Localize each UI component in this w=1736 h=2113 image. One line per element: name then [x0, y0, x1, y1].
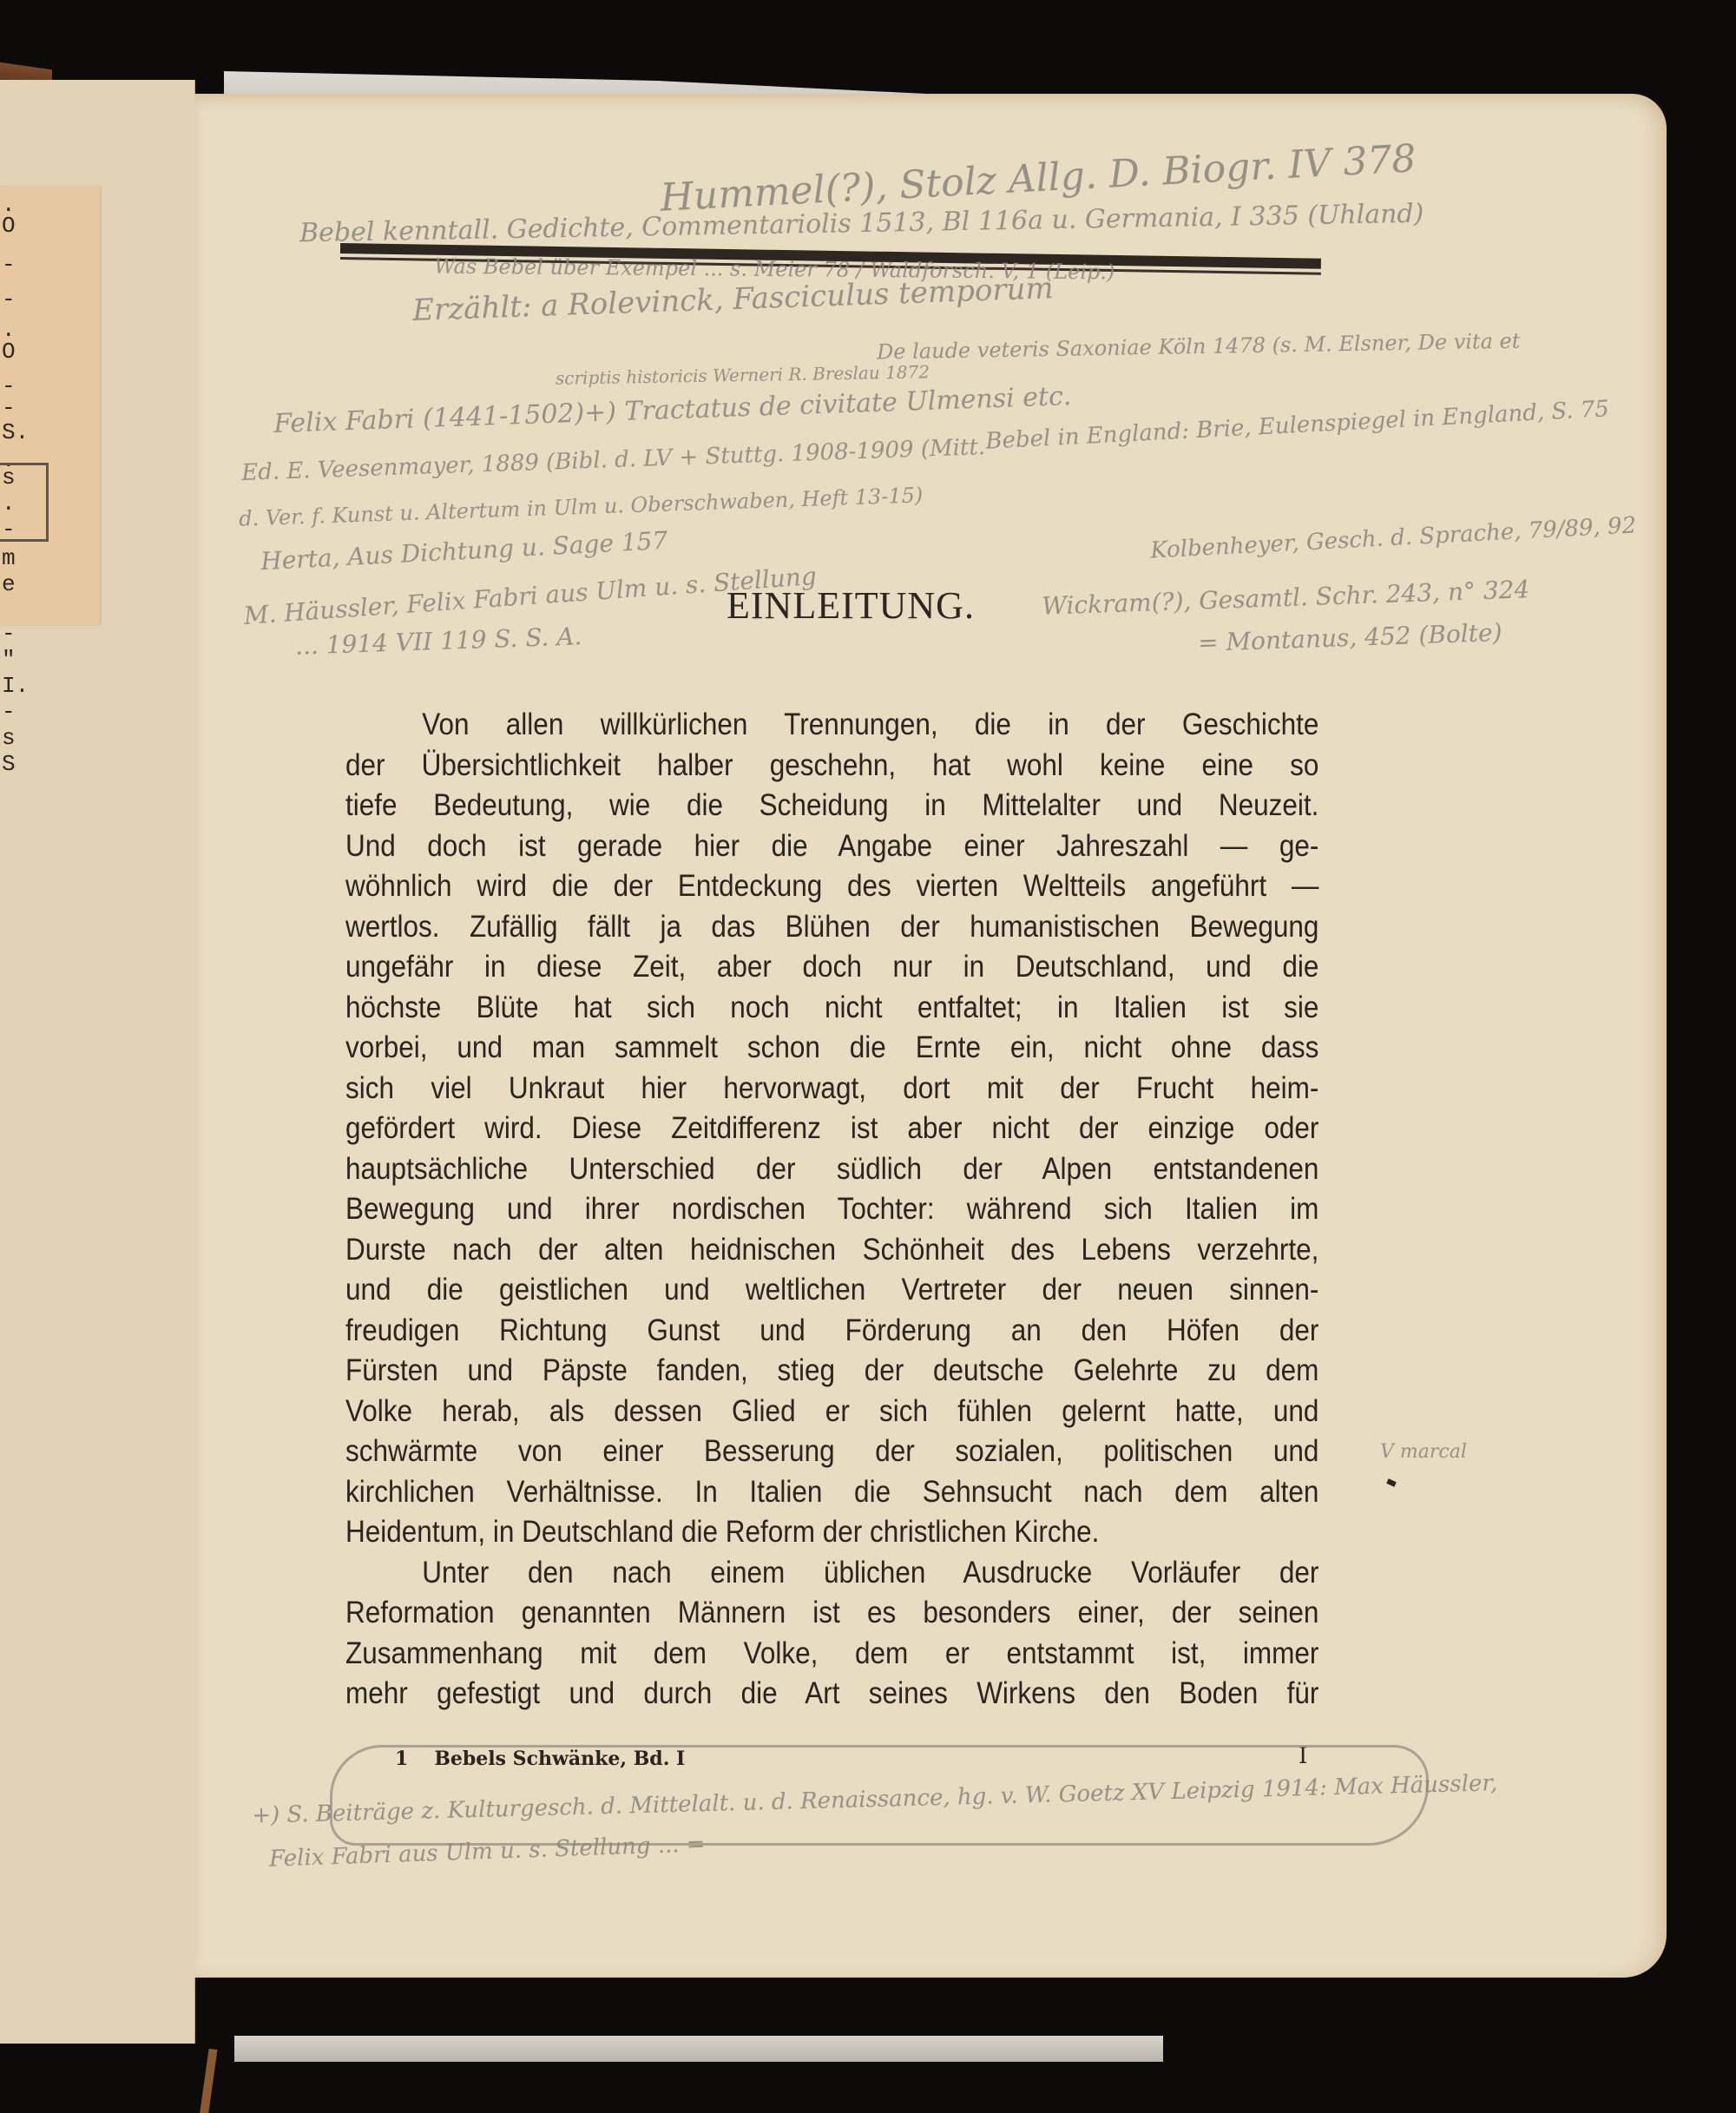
- slip-glyph: I.: [2, 673, 28, 699]
- slip-glyph: -: [2, 699, 28, 725]
- text-line: schwärmte von einer Besserung der sozial…: [345, 1432, 1318, 1472]
- slip-glyph: S.: [2, 419, 28, 445]
- text-line: Reformation genannten Männern ist es bes…: [345, 1593, 1318, 1634]
- text-line: tiefe Bedeutung, wie die Scheidung in Mi…: [345, 786, 1318, 826]
- slip-glyph: e: [2, 571, 28, 597]
- slip-glyph: O: [2, 339, 28, 365]
- text-line: und die geistlichen und weltlichen Vertr…: [345, 1270, 1318, 1311]
- text-line: Unter den nach einem üblichen Ausdrucke …: [345, 1553, 1318, 1594]
- slip-glyph: -: [2, 286, 28, 313]
- text-line: freudigen Richtung Gunst und Förderung a…: [345, 1311, 1318, 1352]
- text-line: Volke herab, als dessen Glied er sich fü…: [345, 1392, 1318, 1432]
- text-line: Zusammenhang mit dem Volke, dem er entst…: [345, 1634, 1318, 1675]
- text-line: vorbei, und man sammelt schon die Ernte …: [345, 1028, 1318, 1069]
- text-line: Und doch ist gerade hier die Angabe eine…: [345, 826, 1318, 867]
- text-line: sich viel Unkraut hier hervorwagt, dort …: [345, 1069, 1318, 1109]
- text-line: Von allen willkürlichen Trennungen, die …: [345, 705, 1318, 746]
- text-line: kirchlichen Verhältnisse. In Italien die…: [345, 1472, 1318, 1513]
- text-line: der Übersichtlichkeit halber geschehn, h…: [345, 746, 1318, 787]
- slip-glyph: s: [2, 725, 28, 751]
- slip-glyph: S: [2, 751, 28, 777]
- text-line: gefördert wird. Diese Zeitdifferenz ist …: [345, 1109, 1318, 1149]
- text-line: Heidentum, in Deutschland die Reform der…: [345, 1512, 1318, 1553]
- text-line: wöhnlich wird die der Entdeckung des vie…: [345, 866, 1318, 907]
- slip-glyph: O: [2, 213, 28, 239]
- tissue-paper-bottom: [234, 2036, 1163, 2062]
- body-text: Von allen willkürlichen Trennungen, die …: [345, 705, 1318, 1715]
- facing-page-pasted-slip: . O - - . O - - S. . s . - m e - " I. - …: [0, 187, 100, 625]
- text-line: hauptsächliche Unterschied der südlich d…: [345, 1149, 1318, 1190]
- chapter-heading: EINLEITUNG.: [694, 583, 1007, 628]
- slip-glyph: -: [2, 621, 28, 647]
- text-line: mehr gefestigt und durch die Art seines …: [345, 1674, 1318, 1715]
- slip-glyph: ": [2, 647, 28, 673]
- pencil-bracket: [0, 463, 49, 542]
- text-line: höchste Blüte hat sich noch nicht entfal…: [345, 988, 1318, 1029]
- slip-glyph: -: [2, 395, 28, 421]
- slip-glyph: -: [2, 252, 28, 278]
- text-line: Durste nach der alten heidnischen Schönh…: [345, 1230, 1318, 1271]
- bookmark-ribbon: [199, 2049, 217, 2113]
- margin-pencil-note: V marcal: [1380, 1441, 1467, 1463]
- text-line: ungefähr in diese Zeit, aber doch nur in…: [345, 947, 1318, 988]
- text-line: Fürsten und Päpste fanden, stieg der deu…: [345, 1351, 1318, 1392]
- text-line: wertlos. Zufällig fällt ja das Blühen de…: [345, 907, 1318, 948]
- slip-glyph: m: [2, 545, 28, 571]
- text-line: Bewegung und ihrer nordischen Tochter: w…: [345, 1189, 1318, 1230]
